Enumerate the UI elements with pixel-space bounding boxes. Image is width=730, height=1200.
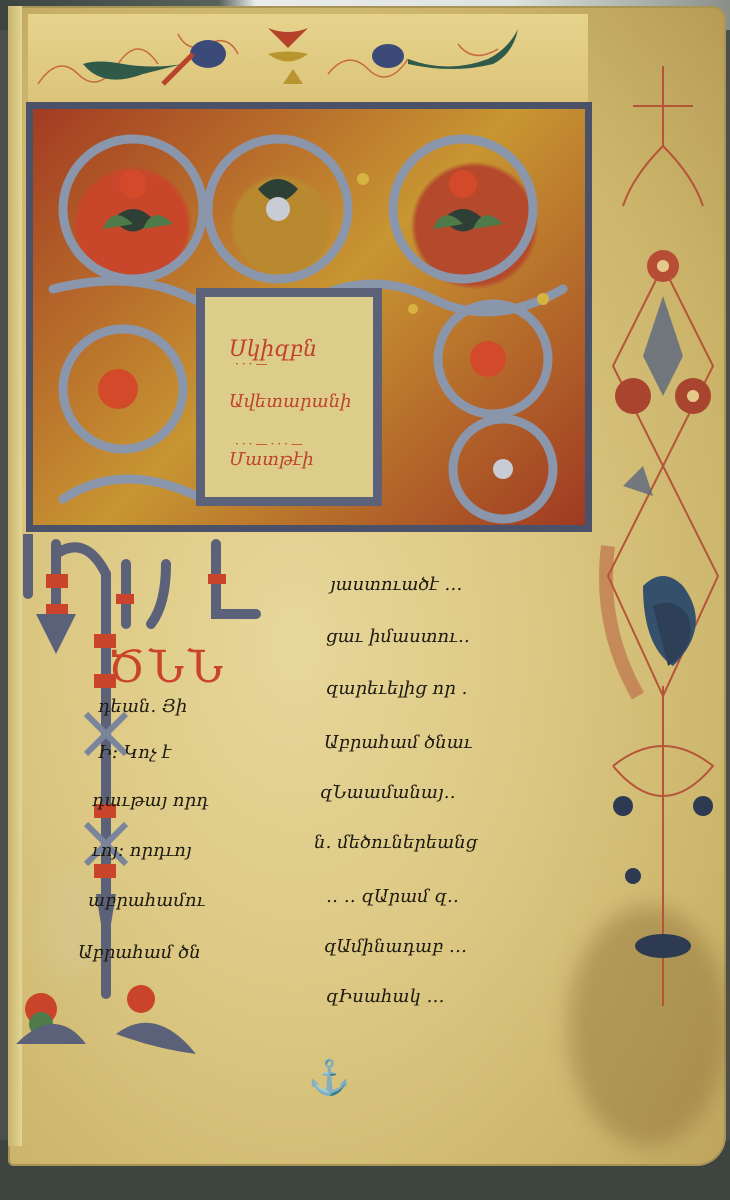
left-line-4: ւոյ։ որդւոյ [92,840,192,861]
left-line-5: աբրահամու [88,890,205,911]
manuscript-page: ···— Սկիզբն Ավետարանի ···—···— Մատթէի [8,6,726,1166]
panel-line-3: Մատթէի [229,449,314,470]
left-line-1: դեան․ Յի [98,696,187,717]
left-line-6: Աբրահամ ծն [78,942,201,963]
right-line-9: զԻսահակ ․․․ [326,986,445,1007]
right-line-1: յաստուածէ ․․․ [330,574,462,595]
initial-red-letters: ԾՆՆ [108,642,227,693]
right-line-3: զարեւելից որ ․ [326,678,468,699]
right-line-4: Աբրահամ ծնաւ [324,732,472,753]
right-line-2: ցաւ իմաստու․․ [326,626,470,647]
top-ornamental-band [28,14,588,102]
birds-ornament-icon [28,14,588,102]
panel-line-1: Սկիզբն [229,337,317,362]
left-line-2: Ի։ Կոչ է [98,742,171,763]
floral-tree-ornament-icon [593,66,730,1046]
right-line-5: զՆաամանայ․․ [320,782,456,803]
right-line-7: ․․ ․․ զԱրամ զ․․ [326,886,459,907]
right-line-8: զԱմինադաբ ․․․ [324,936,467,957]
panel-line-2: Ավետարանի [229,391,352,412]
anchor-mark-icon: ⚓ [308,1058,350,1098]
title-panel: ···— Սկիզբն Ավետարանի ···—···— Մատթէի [196,288,382,506]
marginal-ornament [593,66,730,1046]
right-line-6: ն․ մեծուներեանց [314,832,477,853]
left-line-3: դաւթայ որդ [92,790,209,811]
